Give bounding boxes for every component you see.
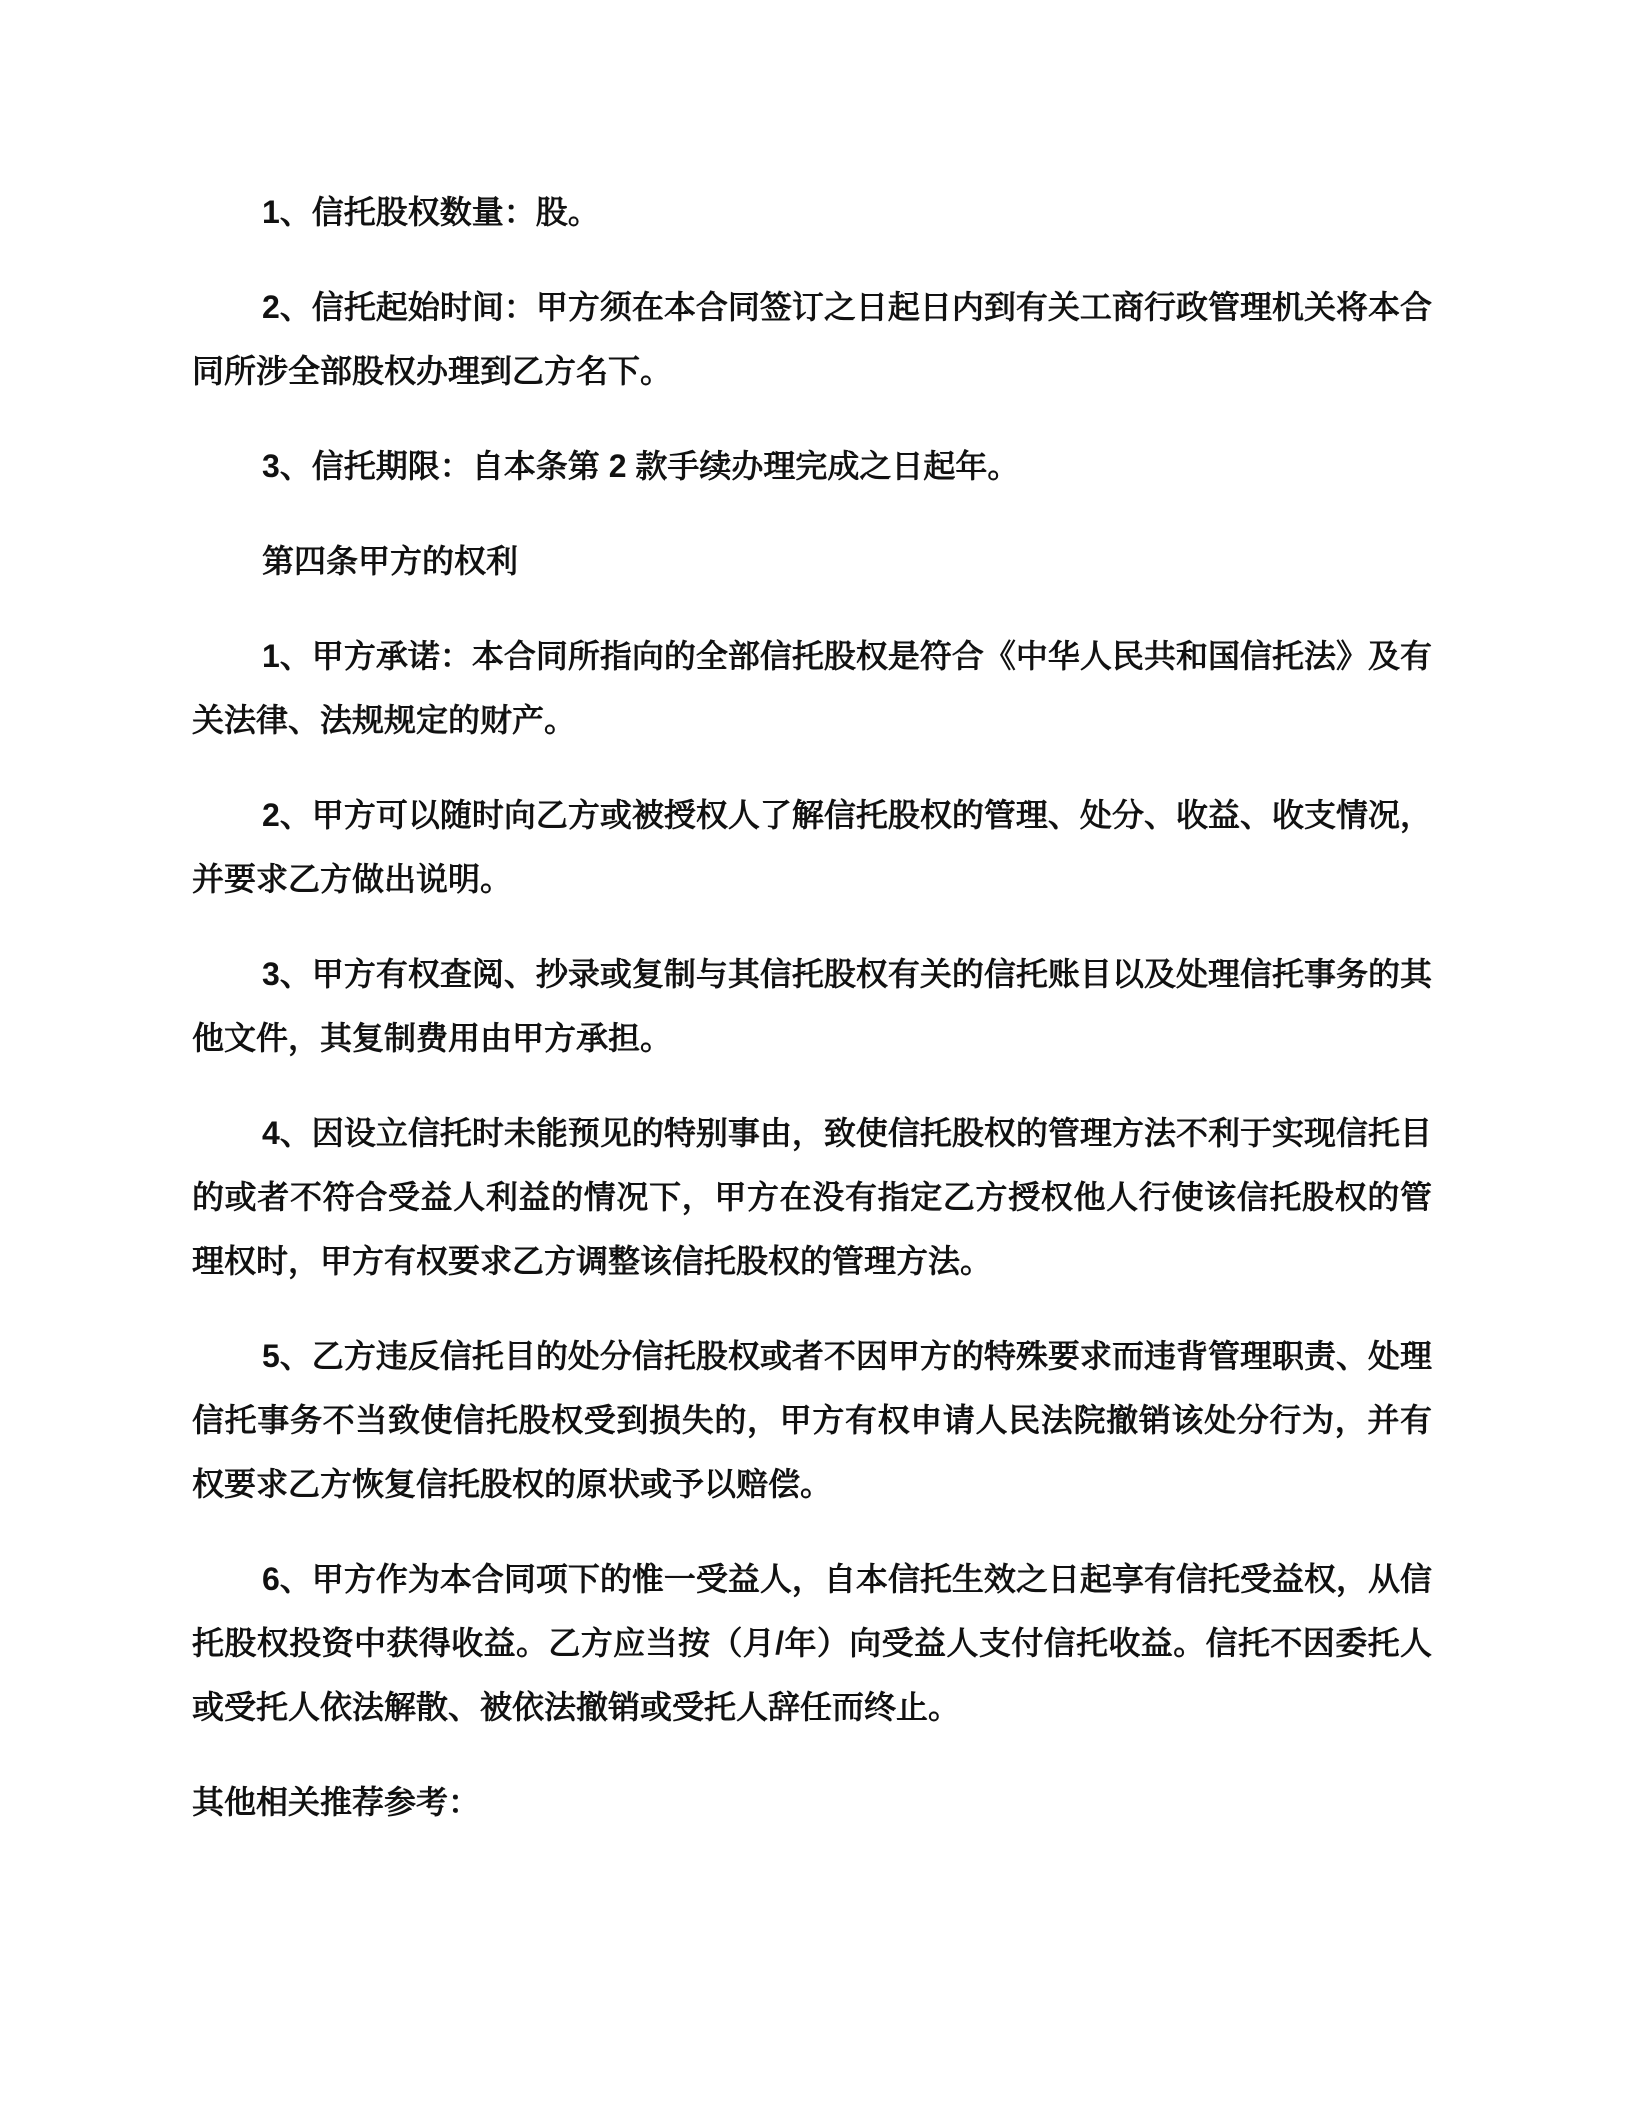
clause-trust-share-quantity: 1、信托股权数量：股。 (192, 180, 1432, 244)
clause-4-6: 6、甲方作为本合同项下的惟一受益人，自本信托生效之日起享有信托受益权，从信托股权… (192, 1547, 1432, 1739)
clause-4-4: 4、因设立信托时未能预见的特别事由，致使信托股权的管理方法不利于实现信托目的或者… (192, 1101, 1432, 1293)
clause-4-1: 1、甲方承诺：本合同所指向的全部信托股权是符合《中华人民共和国信托法》及有关法律… (192, 624, 1432, 752)
clause-trust-start-time: 2、信托起始时间：甲方须在本合同签订之日起日内到有关工商行政管理机关将本合同所涉… (192, 275, 1432, 403)
clause-4-5: 5、乙方违反信托目的处分信托股权或者不因甲方的特殊要求而违背管理职责、处理信托事… (192, 1324, 1432, 1516)
document-page: 1、信托股权数量：股。 2、信托起始时间：甲方须在本合同签订之日起日内到有关工商… (0, 0, 1632, 2112)
related-reference-label: 其他相关推荐参考： (192, 1770, 1432, 1834)
clause-trust-term: 3、信托期限：自本条第 2 款手续办理完成之日起年。 (192, 434, 1432, 498)
article-4-heading: 第四条甲方的权利 (192, 529, 1432, 593)
clause-4-3: 3、甲方有权查阅、抄录或复制与其信托股权有关的信托账目以及处理信托事务的其他文件… (192, 942, 1432, 1070)
clause-4-2: 2、甲方可以随时向乙方或被授权人了解信托股权的管理、处分、收益、收支情况，并要求… (192, 783, 1432, 911)
